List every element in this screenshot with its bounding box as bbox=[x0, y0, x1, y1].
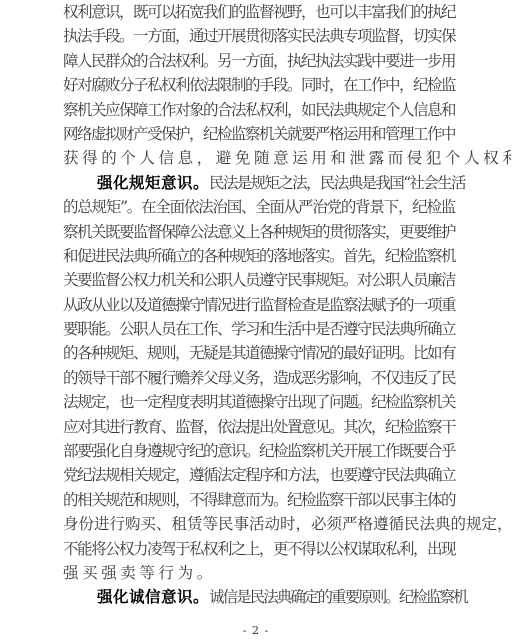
text-line: 好对腐败分子私权利依法限制的手段。同时，在工作中，纪检监 bbox=[63, 73, 455, 97]
section-heading: 强化诚信意识。 bbox=[97, 587, 209, 606]
text-line: 的总规矩”。在全面依法治国、全面从严治党的背景下，纪检监 bbox=[63, 195, 455, 219]
text-line: 党纪法规相关规定，遵循法定程序和方法，也要遵守民法典确立 bbox=[63, 463, 455, 487]
text-line: 执法手段。一方面，通过开展贯彻落实民法典专项监督，切实保 bbox=[63, 24, 455, 48]
text-line: 障人民群众的合法权利。另一方面，执纪执法实践中要进一步用 bbox=[63, 49, 455, 73]
text-line: 权利意识，既可以拓宽我们的监督视野，也可以丰富我们的执纪 bbox=[63, 0, 455, 24]
text-line: 的领导干部不履行赡养父母义务，造成恶劣影响，不仅违反了民 bbox=[63, 366, 455, 390]
section-heading-line: 强化规矩意识。民法是规矩之法，民法典是我国“社会生活 bbox=[63, 171, 455, 195]
text-line: 察机关应保障工作对象的合法私权利，如民法典规定个人信息和 bbox=[63, 98, 455, 122]
section-heading-line: 强化诚信意识。诚信是民法典确定的重要原则。纪检监察机 bbox=[63, 585, 455, 609]
text-line: 察机关既要监督保障公法意义上各种规矩的贯彻落实，更要维护 bbox=[63, 220, 455, 244]
text-line: 网络虚拟财产受保护，纪检监察机关就要严格运用和管理工作中 bbox=[63, 122, 455, 146]
text-line: 和促进民法典所确立的各种规矩的落地落实。首先，纪检监察机 bbox=[63, 244, 455, 268]
text-line: 法规定，也一定程度表明其道德操守出现了问题。纪检监察机关 bbox=[63, 390, 455, 414]
text-line: 的相关规范和规则，不得肆意而为。纪检监察干部以民事主体的 bbox=[63, 488, 455, 512]
text-line: 部要强化自身遵规守纪的意识。纪检监察机关开展工作既要合乎 bbox=[63, 439, 455, 463]
document-page: 权利意识，既可以拓宽我们的监督视野，也可以丰富我们的执纪 执法手段。一方面，通过… bbox=[0, 0, 512, 640]
document-body: 权利意识，既可以拓宽我们的监督视野，也可以丰富我们的执纪 执法手段。一方面，通过… bbox=[63, 0, 455, 610]
text-line: 不能将公权力凌驾于私权利之上，更不得以公权谋取私利，出现 bbox=[63, 537, 455, 561]
text-run: 民法是规矩之法，民法典是我国“社会生活 bbox=[209, 174, 465, 192]
text-line: 身份进行购买、租赁等民事活动时，必须严格遵循民法典的规定， bbox=[63, 512, 455, 536]
text-line: 获得的个人信息，避免随意运用和泄露而侵犯个人权利。 bbox=[63, 146, 455, 170]
section-heading: 强化规矩意识。 bbox=[97, 173, 209, 192]
text-line: 从政从业以及道德操守情况进行监督检查是监察法赋予的一项重 bbox=[63, 293, 455, 317]
text-line: 的各种规矩、规则，无疑是其道德操守情况的最好证明。比如有 bbox=[63, 341, 455, 365]
text-run: 诚信是民法典确定的重要原则。纪检监察机 bbox=[209, 588, 467, 606]
text-line: 应对其进行教育、监督，依法提出处置意见。其次，纪检监察干 bbox=[63, 415, 455, 439]
page-number: - 2 - bbox=[0, 624, 512, 637]
text-line: 强买强卖等行为。 bbox=[63, 561, 455, 585]
text-line: 要职能。公职人员在工作、学习和生活中是否遵守民法典所确立 bbox=[63, 317, 455, 341]
text-line: 关要监督公权力机关和公职人员遵守民事规矩。对公职人员廉洁 bbox=[63, 268, 455, 292]
